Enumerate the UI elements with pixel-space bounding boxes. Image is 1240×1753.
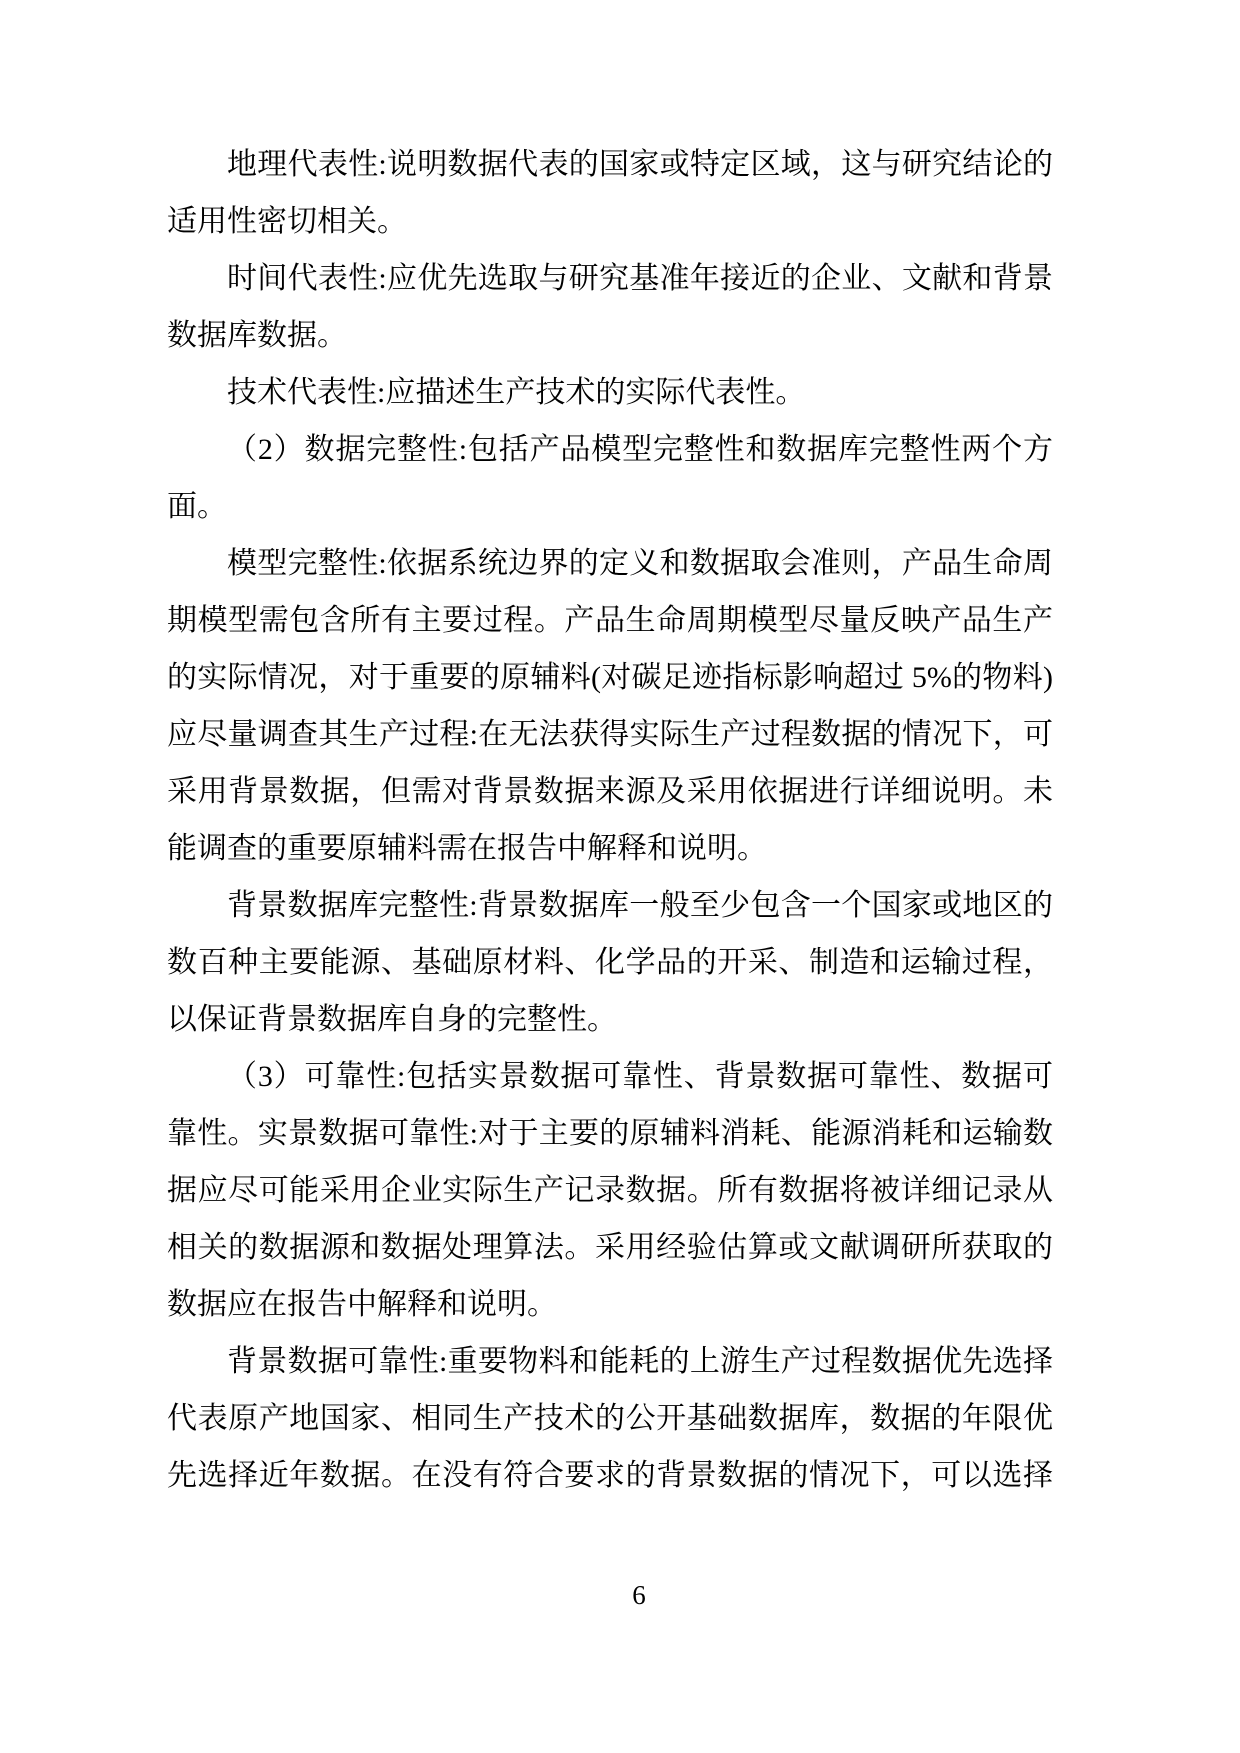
text-line: 期模型需包含所有主要过程。产品生命周期模型尽量反映产品生产 (167, 592, 1053, 649)
text-line: 据应尽可能采用企业实际生产记录数据。所有数据将被详细记录从 (167, 1162, 1053, 1219)
text-line: 背景数据可靠性:重要物料和能耗的上游生产过程数据优先选择 (167, 1333, 1053, 1390)
text-line: 的实际情况，对于重要的原辅料(对碳足迹指标影响超过 5%的物料) (167, 649, 1053, 706)
paragraph: 时间代表性:应优先选取与研究基准年接近的企业、文献和背景数据库数据。 (167, 250, 1053, 364)
paragraph: 背景数据可靠性:重要物料和能耗的上游生产过程数据优先选择代表原产地国家、相同生产… (167, 1333, 1053, 1504)
text-line: 以保证背景数据库自身的完整性。 (167, 991, 1053, 1048)
text-line: 应尽量调查其生产过程:在无法获得实际生产过程数据的情况下，可 (167, 706, 1053, 763)
text-line: 适用性密切相关。 (167, 193, 1053, 250)
text-line: 数百种主要能源、基础原材料、化学品的开采、制造和运输过程， (167, 934, 1053, 991)
text-line: 靠性。实景数据可靠性:对于主要的原辅料消耗、能源消耗和运输数 (167, 1105, 1053, 1162)
text-line: 背景数据库完整性:背景数据库一般至少包含一个国家或地区的 (167, 877, 1053, 934)
paragraph: 技术代表性:应描述生产技术的实际代表性。 (167, 364, 1053, 421)
paragraph: （2）数据完整性:包括产品模型完整性和数据库完整性两个方面。 (167, 421, 1053, 535)
text-line: （2）数据完整性:包括产品模型完整性和数据库完整性两个方 (167, 421, 1053, 478)
text-line: 地理代表性:说明数据代表的国家或特定区域，这与研究结论的 (167, 136, 1053, 193)
text-line: 先选择近年数据。在没有符合要求的背景数据的情况下，可以选择 (167, 1447, 1053, 1504)
paragraph: 地理代表性:说明数据代表的国家或特定区域，这与研究结论的适用性密切相关。 (167, 136, 1053, 250)
text-line: 面。 (167, 478, 1053, 535)
document-page: 地理代表性:说明数据代表的国家或特定区域，这与研究结论的适用性密切相关。时间代表… (0, 0, 1240, 1753)
paragraph: 背景数据库完整性:背景数据库一般至少包含一个国家或地区的数百种主要能源、基础原材… (167, 877, 1053, 1048)
text-line: 代表原产地国家、相同生产技术的公开基础数据库，数据的年限优 (167, 1390, 1053, 1447)
text-line: 技术代表性:应描述生产技术的实际代表性。 (167, 364, 1053, 421)
text-line: 相关的数据源和数据处理算法。采用经验估算或文献调研所获取的 (167, 1219, 1053, 1276)
text-line: 采用背景数据，但需对背景数据来源及采用依据进行详细说明。未 (167, 763, 1053, 820)
text-line: （3）可靠性:包括实景数据可靠性、背景数据可靠性、数据可 (167, 1048, 1053, 1105)
text-line: 数据库数据。 (167, 307, 1053, 364)
page-number: 6 (0, 1580, 1240, 1610)
text-line: 能调查的重要原辅料需在报告中解释和说明。 (167, 820, 1053, 877)
paragraph: 模型完整性:依据系统边界的定义和数据取会准则，产品生命周期模型需包含所有主要过程… (167, 535, 1053, 877)
text-line: 数据应在报告中解释和说明。 (167, 1276, 1053, 1333)
paragraph: （3）可靠性:包括实景数据可靠性、背景数据可靠性、数据可靠性。实景数据可靠性:对… (167, 1048, 1053, 1333)
text-line: 模型完整性:依据系统边界的定义和数据取会准则，产品生命周 (167, 535, 1053, 592)
text-line: 时间代表性:应优先选取与研究基准年接近的企业、文献和背景 (167, 250, 1053, 307)
text-block: 地理代表性:说明数据代表的国家或特定区域，这与研究结论的适用性密切相关。时间代表… (167, 136, 1053, 1504)
